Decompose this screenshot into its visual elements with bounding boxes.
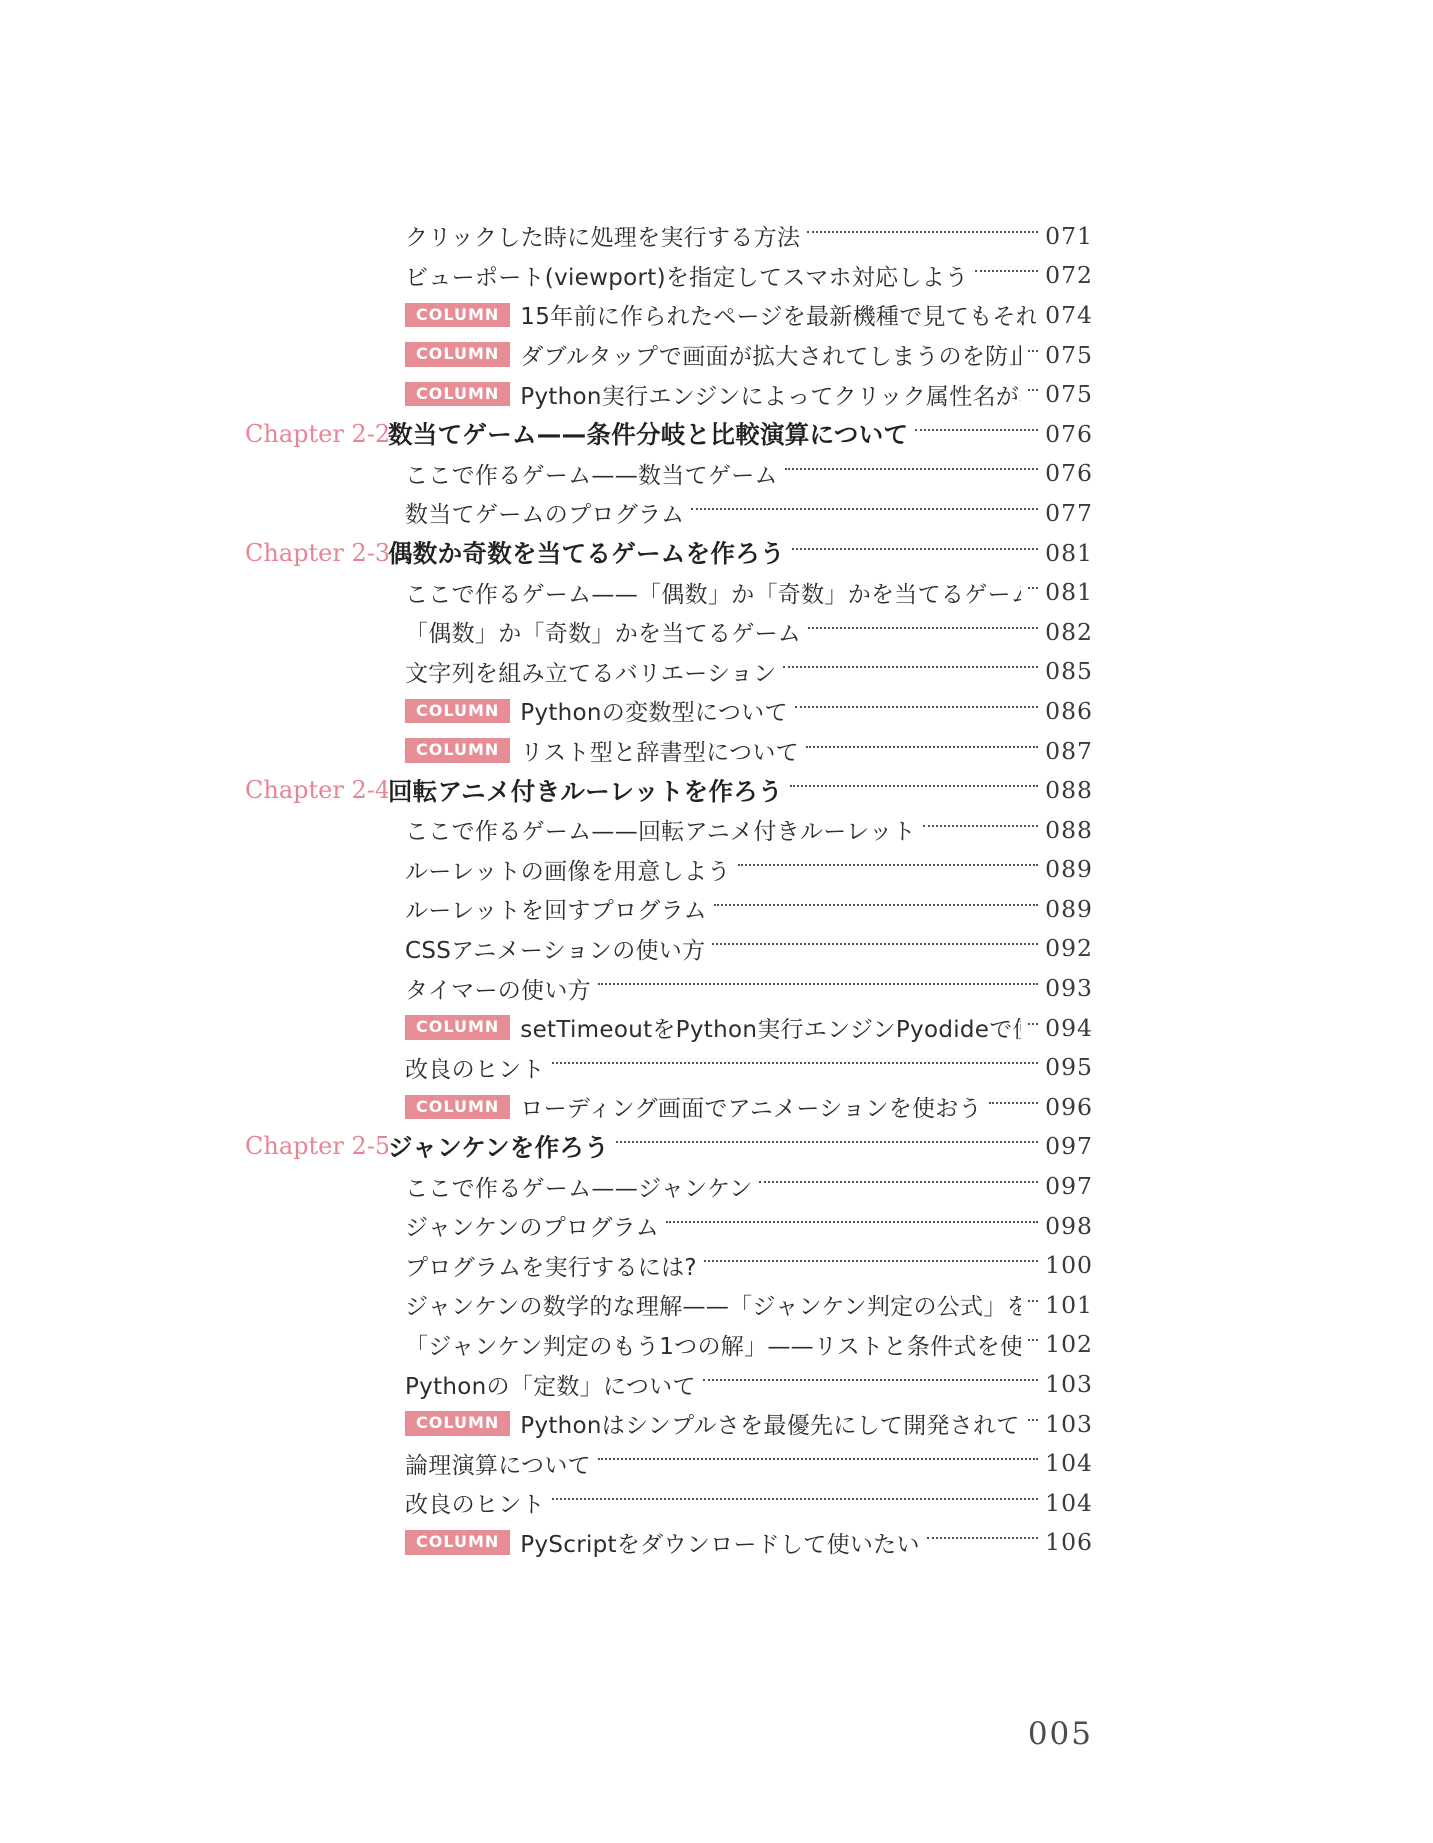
toc-entry-title: setTimeoutをPython実行エンジンPyodideで使う場合 bbox=[520, 1011, 1021, 1044]
chapter-number-label: Chapter 2-4 bbox=[245, 776, 388, 804]
column-badge: COLUMN bbox=[405, 1015, 510, 1040]
toc-entry-page-number: 102 bbox=[1045, 1330, 1093, 1358]
toc-entry-title: PyScriptをダウンロードして使いたい bbox=[520, 1526, 920, 1559]
toc-entry-body: COLUMN Pythonの変数型について 086 bbox=[388, 694, 1093, 727]
toc-entry-title: ここで作るゲーム——数当てゲーム bbox=[405, 457, 778, 490]
toc-entry-page-number: 089 bbox=[1045, 855, 1093, 883]
toc-entry-body: 「ジャンケン判定のもう1つの解」——リストと条件式を使う場合 102 bbox=[388, 1328, 1093, 1361]
leader-dots bbox=[1028, 587, 1038, 589]
toc-entry-title: ジャンケンを作ろう bbox=[388, 1129, 609, 1164]
toc-entry-body: COLUMN ローディング画面でアニメーションを使おう 096 bbox=[388, 1090, 1093, 1123]
toc-entry: COLUMN リスト型と辞書型について 087 bbox=[245, 731, 1093, 771]
toc-entry: ここで作るゲーム——数当てゲーム 076 bbox=[245, 454, 1093, 494]
toc-entry-body: 論理演算について 104 bbox=[388, 1447, 1093, 1480]
toc-entry-body: タイマーの使い方 093 bbox=[388, 972, 1093, 1005]
leader-dots bbox=[598, 1458, 1038, 1460]
leader-dots bbox=[1028, 1419, 1038, 1421]
toc-entry-page-number: 075 bbox=[1045, 341, 1093, 369]
leader-dots bbox=[923, 825, 1038, 827]
leader-dots bbox=[691, 508, 1038, 510]
leader-dots bbox=[704, 1260, 1038, 1262]
leader-dots bbox=[915, 429, 1038, 431]
toc-entry-page-number: 081 bbox=[1045, 539, 1093, 567]
toc-entry-title: 改良のヒント bbox=[405, 1051, 545, 1084]
toc-entry-title: 文字列を組み立てるバリエーション bbox=[405, 655, 776, 688]
toc-entry-page-number: 097 bbox=[1045, 1132, 1093, 1160]
toc-entry: 改良のヒント 104 bbox=[245, 1483, 1093, 1523]
toc-entry: COLUMN setTimeoutをPython実行エンジンPyodideで使う… bbox=[245, 1008, 1093, 1048]
toc-entry-page-number: 076 bbox=[1045, 459, 1093, 487]
toc-entry: CSSアニメーションの使い方 092 bbox=[245, 929, 1093, 969]
leader-dots bbox=[1028, 1023, 1038, 1025]
toc-entry-body: COLUMN Pythonはシンプルさを最優先にして開発されている 103 bbox=[388, 1407, 1093, 1440]
toc-entry-body: ここで作るゲーム——「偶数」か「奇数」かを当てるゲーム 081 bbox=[388, 576, 1093, 609]
toc-entry: ルーレットを回すプログラム 089 bbox=[245, 889, 1093, 929]
toc-entry: COLUMN ローディング画面でアニメーションを使おう 096 bbox=[245, 1087, 1093, 1127]
toc-entry-title: 回転アニメ付きルーレットを作ろう bbox=[388, 773, 783, 808]
toc-entry-body: COLUMN ダブルタップで画面が拡大されてしまうのを防止しよう 075 bbox=[388, 338, 1093, 371]
leader-dots bbox=[989, 1102, 1038, 1104]
toc-entry-title: ローディング画面でアニメーションを使おう bbox=[520, 1090, 982, 1123]
toc-entry: ジャンケンのプログラム 098 bbox=[245, 1206, 1093, 1246]
toc-entry-title: ビューポート(viewport)を指定してスマホ対応しよう bbox=[405, 259, 968, 292]
toc-entry-body: 数当てゲームのプログラム 077 bbox=[388, 496, 1093, 529]
toc-entry: プログラムを実行するには? 100 bbox=[245, 1245, 1093, 1285]
toc-entry-body: COLUMN PyScriptをダウンロードして使いたい 106 bbox=[388, 1526, 1093, 1559]
toc-entry: COLUMN ダブルタップで画面が拡大されてしまうのを防止しよう 075 bbox=[245, 335, 1093, 375]
toc-entry: 数当てゲームのプログラム 077 bbox=[245, 493, 1093, 533]
toc-entry-page-number: 089 bbox=[1045, 895, 1093, 923]
toc-entry-title: CSSアニメーションの使い方 bbox=[405, 932, 705, 965]
toc-entry-title: 数当てゲーム——条件分岐と比較演算について bbox=[388, 416, 908, 451]
toc-entry-body: ここで作るゲーム——ジャンケン 097 bbox=[388, 1170, 1093, 1203]
page-folio: 005 bbox=[1028, 1716, 1093, 1752]
toc-entry: Chapter 2-4 回転アニメ付きルーレットを作ろう 088 bbox=[245, 770, 1093, 810]
toc-entry-page-number: 100 bbox=[1045, 1251, 1093, 1279]
toc-entry: ここで作るゲーム——「偶数」か「奇数」かを当てるゲーム 081 bbox=[245, 572, 1093, 612]
toc-entry-title: リスト型と辞書型について bbox=[520, 734, 799, 767]
toc-entry-page-number: 103 bbox=[1045, 1410, 1093, 1438]
toc-entry-page-number: 072 bbox=[1045, 261, 1093, 289]
leader-dots bbox=[552, 1062, 1038, 1064]
toc-entry: Chapter 2-5 ジャンケンを作ろう 097 bbox=[245, 1127, 1093, 1167]
toc-entry-title: ここで作るゲーム——「偶数」か「奇数」かを当てるゲーム bbox=[405, 576, 1021, 609]
toc-entry-body: 文字列を組み立てるバリエーション 085 bbox=[388, 655, 1093, 688]
toc-entry-title: クリックした時に処理を実行する方法 bbox=[405, 219, 800, 252]
toc-entry: 「ジャンケン判定のもう1つの解」——リストと条件式を使う場合 102 bbox=[245, 1325, 1093, 1365]
toc-entry-title: 15年前に作られたページを最新機種で見てもそれほど違和感がない理由 bbox=[520, 298, 1036, 331]
toc-entry-body: ジャンケンのプログラム 098 bbox=[388, 1209, 1093, 1242]
toc-entry: COLUMN Pythonの変数型について 086 bbox=[245, 691, 1093, 731]
toc-entry-page-number: 088 bbox=[1045, 776, 1093, 804]
toc-entry-page-number: 077 bbox=[1045, 499, 1093, 527]
leader-dots bbox=[714, 904, 1038, 906]
toc-entry-title: ジャンケンの数学的な理解——「ジャンケン判定の公式」を利用してみよう bbox=[405, 1288, 1021, 1321]
leader-dots bbox=[616, 1141, 1038, 1143]
toc-entry-body: 改良のヒント 095 bbox=[388, 1051, 1093, 1084]
toc-entry: 論理演算について 104 bbox=[245, 1443, 1093, 1483]
toc-entry-body: COLUMN リスト型と辞書型について 087 bbox=[388, 734, 1093, 767]
toc-entry-title: 偶数か奇数を当てるゲームを作ろう bbox=[388, 535, 785, 570]
chapter-number-label: Chapter 2-5 bbox=[245, 1132, 388, 1160]
toc-entry-page-number: 096 bbox=[1045, 1093, 1093, 1121]
toc-entry: COLUMN Pythonはシンプルさを最優先にして開発されている 103 bbox=[245, 1404, 1093, 1444]
toc-entry-title: ルーレットの画像を用意しよう bbox=[405, 853, 731, 886]
leader-dots bbox=[738, 864, 1039, 866]
toc-entry-page-number: 088 bbox=[1045, 816, 1093, 844]
toc-entry-title: ジャンケンのプログラム bbox=[405, 1209, 659, 1242]
toc-entry-page-number: 106 bbox=[1045, 1528, 1093, 1556]
toc-entry: Pythonの「定数」について 103 bbox=[245, 1364, 1093, 1404]
chapter-number-label: Chapter 2-3 bbox=[245, 539, 388, 567]
leader-dots bbox=[759, 1181, 1038, 1183]
column-badge: COLUMN bbox=[405, 382, 510, 407]
column-badge: COLUMN bbox=[405, 342, 510, 367]
toc-entry-body: CSSアニメーションの使い方 092 bbox=[388, 932, 1093, 965]
toc-entry-body: Pythonの「定数」について 103 bbox=[388, 1368, 1093, 1401]
toc-entry-page-number: 093 bbox=[1045, 974, 1093, 1002]
toc-entry-title: プログラムを実行するには? bbox=[405, 1249, 697, 1282]
toc-entry-page-number: 092 bbox=[1045, 934, 1093, 962]
toc-entry-title: ここで作るゲーム——ジャンケン bbox=[405, 1170, 752, 1203]
toc-entry-page-number: 095 bbox=[1045, 1053, 1093, 1081]
leader-dots bbox=[712, 943, 1038, 945]
chapter-number-label: Chapter 2-2 bbox=[245, 420, 388, 448]
table-of-contents: クリックした時に処理を実行する方法 071 ビューポート(viewport)を指… bbox=[245, 216, 1093, 1562]
toc-entry-page-number: 104 bbox=[1045, 1449, 1093, 1477]
toc-entry-page-number: 098 bbox=[1045, 1212, 1093, 1240]
column-badge: COLUMN bbox=[405, 303, 510, 328]
toc-entry: タイマーの使い方 093 bbox=[245, 968, 1093, 1008]
leader-dots bbox=[792, 548, 1038, 550]
leader-dots bbox=[703, 1379, 1038, 1381]
toc-entry-title: Pythonはシンプルさを最優先にして開発されている bbox=[520, 1407, 1021, 1440]
toc-entry-page-number: 086 bbox=[1045, 697, 1093, 725]
toc-entry-body: ルーレットの画像を用意しよう 089 bbox=[388, 853, 1093, 886]
toc-entry-body: プログラムを実行するには? 100 bbox=[388, 1249, 1093, 1282]
toc-entry-page-number: 085 bbox=[1045, 657, 1093, 685]
toc-entry-body: 回転アニメ付きルーレットを作ろう 088 bbox=[388, 773, 1093, 808]
toc-entry: ここで作るゲーム——回転アニメ付きルーレット 088 bbox=[245, 810, 1093, 850]
column-badge: COLUMN bbox=[405, 699, 510, 724]
toc-entry-page-number: 076 bbox=[1045, 420, 1093, 448]
toc-entry-title: 数当てゲームのプログラム bbox=[405, 496, 684, 529]
leader-dots bbox=[1028, 350, 1038, 352]
leader-dots bbox=[1028, 389, 1038, 391]
toc-entry-body: ルーレットを回すプログラム 089 bbox=[388, 892, 1093, 925]
toc-entry-page-number: 103 bbox=[1045, 1370, 1093, 1398]
toc-entry-page-number: 087 bbox=[1045, 737, 1093, 765]
toc-entry-body: COLUMN 15年前に作られたページを最新機種で見てもそれほど違和感がない理由… bbox=[388, 298, 1093, 331]
toc-entry: ルーレットの画像を用意しよう 089 bbox=[245, 850, 1093, 890]
toc-entry-title: Pythonの「定数」について bbox=[405, 1368, 696, 1401]
toc-entry-title: 改良のヒント bbox=[405, 1486, 545, 1519]
toc-entry-title: ここで作るゲーム——回転アニメ付きルーレット bbox=[405, 813, 916, 846]
toc-entry-body: 「偶数」か「奇数」かを当てるゲーム 082 bbox=[388, 615, 1093, 648]
toc-entry: 文字列を組み立てるバリエーション 085 bbox=[245, 652, 1093, 692]
toc-entry-title: タイマーの使い方 bbox=[405, 972, 591, 1005]
toc-entry-page-number: 094 bbox=[1045, 1014, 1093, 1042]
toc-entry-title: 「偶数」か「奇数」かを当てるゲーム bbox=[405, 615, 801, 648]
leader-dots bbox=[806, 746, 1038, 748]
toc-entry-body: 偶数か奇数を当てるゲームを作ろう 081 bbox=[388, 535, 1093, 570]
toc-entry-body: クリックした時に処理を実行する方法 071 bbox=[388, 219, 1093, 252]
leader-dots bbox=[795, 706, 1038, 708]
toc-entry: COLUMN 15年前に作られたページを最新機種で見てもそれほど違和感がない理由… bbox=[245, 295, 1093, 335]
leader-dots bbox=[790, 785, 1038, 787]
toc-entry-body: COLUMN setTimeoutをPython実行エンジンPyodideで使う… bbox=[388, 1011, 1093, 1044]
leader-dots bbox=[807, 231, 1038, 233]
leader-dots bbox=[1028, 1300, 1038, 1302]
toc-entry-title: 「ジャンケン判定のもう1つの解」——リストと条件式を使う場合 bbox=[405, 1328, 1021, 1361]
leader-dots bbox=[783, 666, 1038, 668]
leader-dots bbox=[808, 627, 1038, 629]
column-badge: COLUMN bbox=[405, 1530, 510, 1555]
leader-dots bbox=[927, 1537, 1038, 1539]
toc-entry-page-number: 081 bbox=[1045, 578, 1093, 606]
leader-dots bbox=[785, 468, 1038, 470]
toc-entry-page-number: 104 bbox=[1045, 1489, 1093, 1517]
toc-entry-body: COLUMN Python実行エンジンによってクリック属性名が異なる 075 bbox=[388, 378, 1093, 411]
toc-entry-page-number: 071 bbox=[1045, 222, 1093, 250]
toc-entry: ここで作るゲーム——ジャンケン 097 bbox=[245, 1166, 1093, 1206]
toc-entry: Chapter 2-3 偶数か奇数を当てるゲームを作ろう 081 bbox=[245, 533, 1093, 573]
leader-dots bbox=[552, 1498, 1038, 1500]
column-badge: COLUMN bbox=[405, 1411, 510, 1436]
book-page: クリックした時に処理を実行する方法 071 ビューポート(viewport)を指… bbox=[0, 0, 1433, 1843]
toc-entry-title: Pythonの変数型について bbox=[520, 694, 787, 727]
toc-entry: クリックした時に処理を実行する方法 071 bbox=[245, 216, 1093, 256]
toc-entry-body: 改良のヒント 104 bbox=[388, 1486, 1093, 1519]
toc-entry: Chapter 2-2 数当てゲーム——条件分岐と比較演算について 076 bbox=[245, 414, 1093, 454]
toc-entry-body: ビューポート(viewport)を指定してスマホ対応しよう 072 bbox=[388, 259, 1093, 292]
toc-entry: 改良のヒント 095 bbox=[245, 1047, 1093, 1087]
toc-entry-body: ここで作るゲーム——数当てゲーム 076 bbox=[388, 457, 1093, 490]
toc-entry-title: Python実行エンジンによってクリック属性名が異なる bbox=[520, 378, 1021, 411]
toc-entry-title: 論理演算について bbox=[405, 1447, 591, 1480]
column-badge: COLUMN bbox=[405, 738, 510, 763]
toc-entry-body: ジャンケンの数学的な理解——「ジャンケン判定の公式」を利用してみよう 101 bbox=[388, 1288, 1093, 1321]
column-badge: COLUMN bbox=[405, 1095, 510, 1120]
toc-entry: COLUMN PyScriptをダウンロードして使いたい 106 bbox=[245, 1523, 1093, 1563]
toc-entry-page-number: 082 bbox=[1045, 618, 1093, 646]
leader-dots bbox=[975, 270, 1038, 272]
toc-entry-page-number: 074 bbox=[1045, 301, 1093, 329]
toc-entry-body: 数当てゲーム——条件分岐と比較演算について 076 bbox=[388, 416, 1093, 451]
leader-dots bbox=[1028, 1339, 1038, 1341]
leader-dots bbox=[666, 1221, 1038, 1223]
leader-dots bbox=[598, 983, 1038, 985]
toc-entry-body: ジャンケンを作ろう 097 bbox=[388, 1129, 1093, 1164]
toc-entry-title: ルーレットを回すプログラム bbox=[405, 892, 707, 925]
toc-entry: 「偶数」か「奇数」かを当てるゲーム 082 bbox=[245, 612, 1093, 652]
toc-entry-page-number: 097 bbox=[1045, 1172, 1093, 1200]
toc-entry: COLUMN Python実行エンジンによってクリック属性名が異なる 075 bbox=[245, 374, 1093, 414]
toc-entry-page-number: 101 bbox=[1045, 1291, 1093, 1319]
toc-entry: ジャンケンの数学的な理解——「ジャンケン判定の公式」を利用してみよう 101 bbox=[245, 1285, 1093, 1325]
toc-entry-page-number: 075 bbox=[1045, 380, 1093, 408]
toc-entry: ビューポート(viewport)を指定してスマホ対応しよう 072 bbox=[245, 256, 1093, 296]
toc-entry-body: ここで作るゲーム——回転アニメ付きルーレット 088 bbox=[388, 813, 1093, 846]
toc-entry-title: ダブルタップで画面が拡大されてしまうのを防止しよう bbox=[520, 338, 1021, 371]
